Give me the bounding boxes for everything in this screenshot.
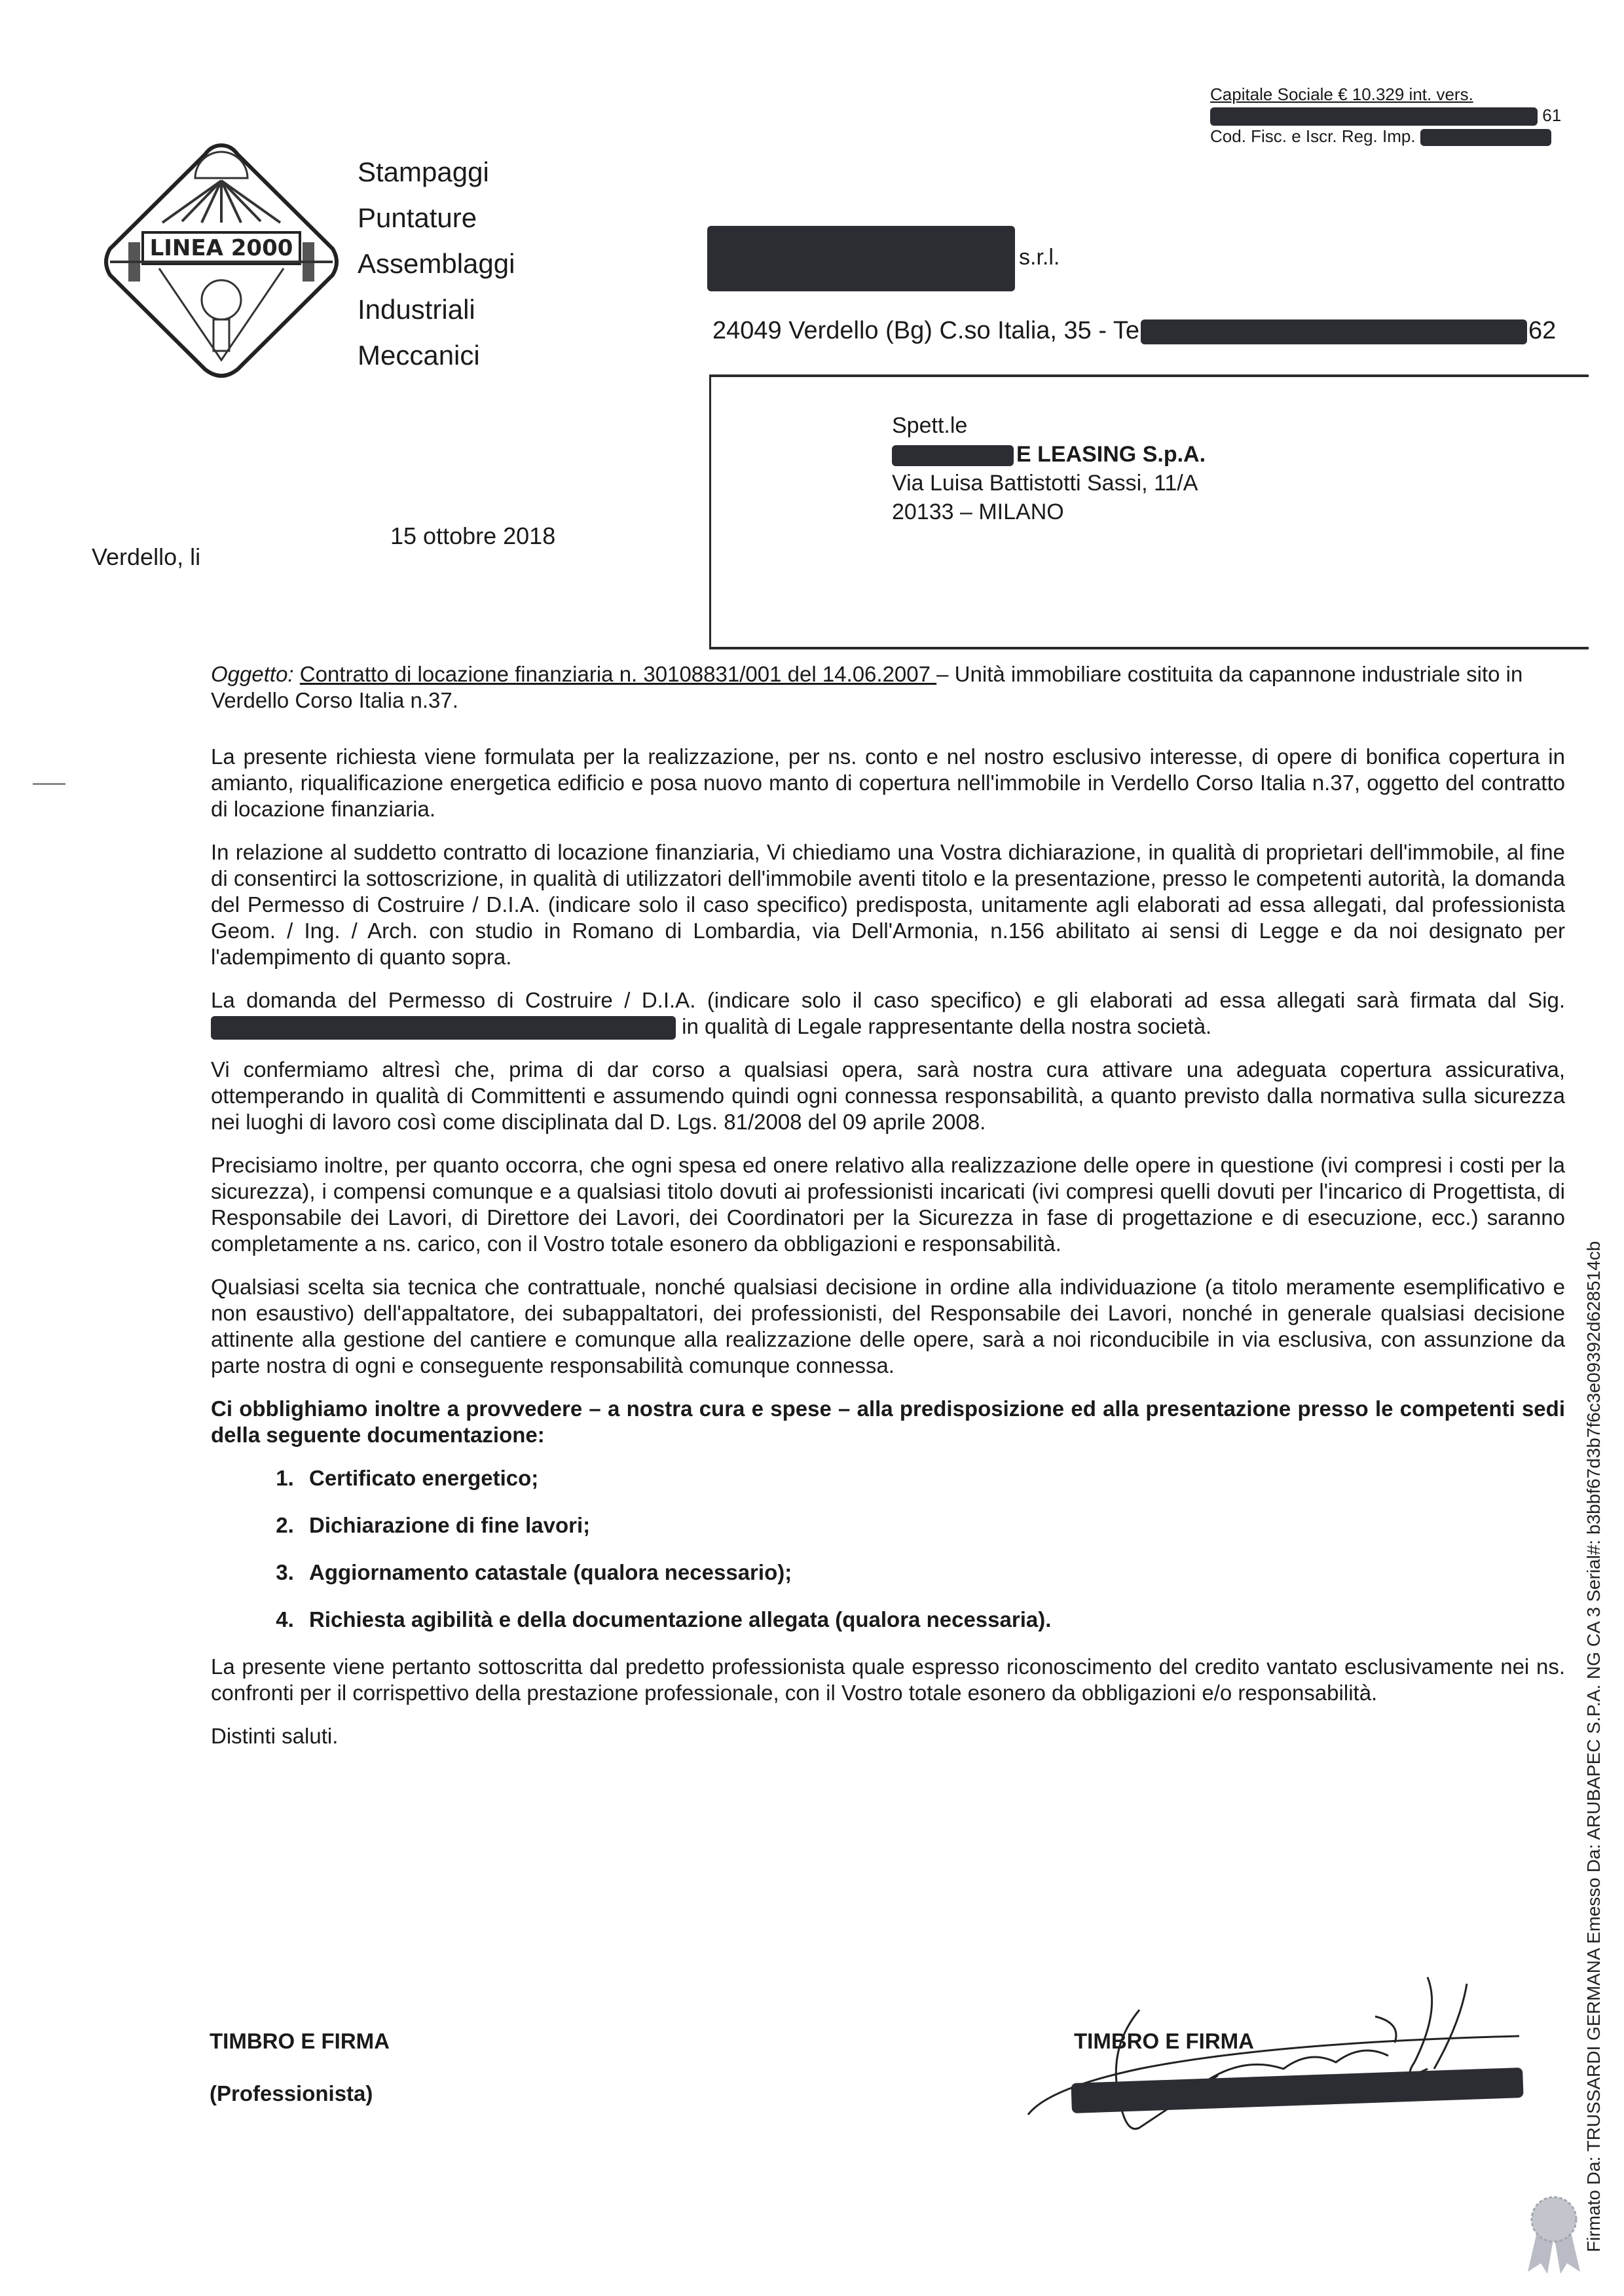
final-paragraph: La presente viene pertanto sottoscritta … <box>211 1654 1565 1706</box>
signer-text-before: La domanda del Permesso di Costruire / D… <box>211 988 1565 1012</box>
documents-list: Certificato energetico; Dichiarazione di… <box>211 1465 1565 1633</box>
paragraph: In relazione al suddetto contratto di lo… <box>211 839 1565 970</box>
recipient-company: E LEASING S.p.A. <box>892 440 1206 469</box>
redaction-bar <box>892 445 1014 466</box>
margin-mark <box>33 783 65 785</box>
service-item: Meccanici <box>358 333 515 378</box>
paragraph-signer: La domanda del Permesso di Costruire / D… <box>211 987 1565 1040</box>
service-item: Puntature <box>358 195 515 241</box>
svg-text:LINEA 2000: LINEA 2000 <box>150 235 293 261</box>
redacted-line: 61 <box>1210 105 1577 126</box>
closing: Distinti saluti. <box>211 1723 1565 1749</box>
paragraph: Qualsiasi scelta sia tecnica che contrat… <box>211 1274 1565 1379</box>
redaction-bar <box>1210 107 1538 126</box>
capitale-line2-suffix: 61 <box>1542 105 1561 125</box>
recipient-street: Via Luisa Battistotti Sassi, 11/A <box>892 469 1206 498</box>
redaction-bar <box>1141 319 1527 344</box>
obligation-paragraph: Ci obblighiamo inoltre a provvedere – a … <box>211 1396 1565 1448</box>
address-text: 24049 Verdello (Bg) C.so Italia, 35 - Te <box>712 317 1139 344</box>
services-list: Stampaggi Puntature Assemblaggi Industri… <box>358 149 515 378</box>
subject-label: Oggetto: <box>211 662 294 686</box>
linea-2000-logo-icon: LINEA 2000 <box>97 137 346 386</box>
sender-address: 24049 Verdello (Bg) C.so Italia, 35 - Te… <box>712 317 1556 345</box>
paragraph: La presente richiesta viene formulata pe… <box>211 744 1565 822</box>
cod-fisc-label: Cod. Fisc. e Iscr. Reg. Imp. <box>1210 126 1416 146</box>
redaction-bar <box>1420 129 1551 146</box>
cod-fisc-line: Cod. Fisc. e Iscr. Reg. Imp. <box>1210 126 1577 147</box>
company-suffix: s.r.l. <box>1019 245 1060 270</box>
recipient-company-suffix: E LEASING S.p.A. <box>1016 442 1206 467</box>
ribbon-seal-icon <box>1518 2190 1590 2278</box>
recipient-address: Spett.le E LEASING S.p.A. Via Luisa Batt… <box>892 411 1206 526</box>
recipient-city: 20133 – MILANO <box>892 498 1206 526</box>
signature-role: (Professionista) <box>210 2068 390 2120</box>
subject-line: Oggetto: Contratto di locazione finanzia… <box>211 661 1565 714</box>
company-registration-info: Capitale Sociale € 10.329 int. vers. 61 … <box>1210 84 1577 147</box>
service-item: Assemblaggi <box>358 241 515 287</box>
handwritten-signature-icon <box>1008 1971 1532 2141</box>
document-item: Certificato energetico; <box>300 1465 1565 1491</box>
sender-company-name: s.r.l. <box>707 226 1060 291</box>
signer-text-after: in qualità di Legale rappresentante dell… <box>676 1014 1211 1038</box>
digital-signature-stamp: Firmato Da: TRUSSARDI GERMANA Emesso Da:… <box>1583 1241 1604 2252</box>
capitale-sociale: Capitale Sociale € 10.329 int. vers. <box>1210 84 1577 105</box>
date: 15 ottobre 2018 <box>390 522 555 550</box>
document-item: Richiesta agibilità e della documentazio… <box>300 1607 1565 1633</box>
salutation: Spett.le <box>892 411 1206 440</box>
subject-contract: Contratto di locazione finanziaria n. 30… <box>300 662 936 686</box>
document-item: Dichiarazione di fine lavori; <box>300 1512 1565 1539</box>
paragraph: Precisiamo inoltre, per quanto occorra, … <box>211 1152 1565 1257</box>
signature-title: TIMBRO E FIRMA <box>210 2015 390 2068</box>
signature-block-professional: TIMBRO E FIRMA (Professionista) <box>210 2015 390 2120</box>
document-item: Aggiornamento catastale (qualora necessa… <box>300 1559 1565 1586</box>
letter-body: Oggetto: Contratto di locazione finanzia… <box>211 661 1565 1749</box>
redaction-bar <box>707 226 1015 291</box>
place: Verdello, li <box>92 543 200 571</box>
service-item: Stampaggi <box>358 149 515 195</box>
phone-suffix: 62 <box>1528 317 1556 344</box>
service-item: Industriali <box>358 287 515 333</box>
redaction-bar <box>211 1016 676 1040</box>
paragraph: Vi confermiamo altresì che, prima di dar… <box>211 1057 1565 1135</box>
